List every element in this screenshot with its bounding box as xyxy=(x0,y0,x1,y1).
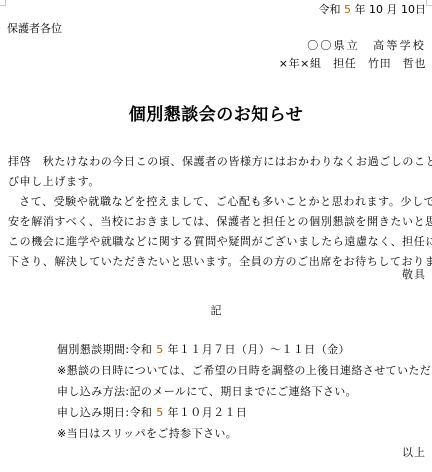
date-year: 5 xyxy=(344,3,351,16)
detail-deadline: 申し込み期日:令和 5 年１０月２１日 xyxy=(57,402,432,423)
document-title: 個別懇談会のお知らせ xyxy=(0,104,432,126)
detail-note-slippers: ※当日はスリッパをご持参下さい。 xyxy=(57,423,432,444)
period-year: 5 xyxy=(156,343,163,356)
sender-teacher: ×年×組 担任 竹田 哲也 xyxy=(279,57,426,71)
detail-period: 個別懇談期間:令和 5 年１１月７日（月）～１１日（金） xyxy=(57,339,432,360)
date-day: 10 xyxy=(401,3,415,16)
date-era: 令和 xyxy=(319,3,345,16)
addressee: 保護者各位 xyxy=(7,22,62,36)
date-day-suffix: 日 xyxy=(415,3,426,16)
end-ijou: 以上 xyxy=(402,446,426,460)
date-month: 10 xyxy=(369,3,383,16)
sender-school: 〇〇県立 高等学校 xyxy=(307,39,426,53)
period-label: 個別懇談期間:令和 xyxy=(57,343,156,356)
page-margin-corner-top-right xyxy=(426,0,432,6)
closing-keigu: 敬具 xyxy=(402,268,426,282)
deadline-label: 申し込み期日:令和 xyxy=(57,406,156,419)
date-month-suffix: 月 xyxy=(383,3,401,16)
date-year-suffix: 年 xyxy=(351,3,369,16)
letter-body: 拝啓 秋たけなわの今日この頃、保護者の皆様方にはおかわりなくお過ごしのこととお喜… xyxy=(8,150,428,273)
detail-note-schedule: ※懇談の日時については、ご希望の日時を調整の上後日連絡させていただきます。 xyxy=(57,360,432,381)
body-line: 下さり、解決していただきたいと思います。全員の方のご出席をお待ちしております。 xyxy=(8,250,428,273)
ki-heading: 記 xyxy=(0,304,432,318)
detail-method: 申し込み方法:記のメールにて、期日までにご連絡下さい。 xyxy=(57,381,432,402)
deadline-year: 5 xyxy=(156,406,163,419)
period-dates: 年１１月７日（月）～１１日（金） xyxy=(164,343,350,356)
details-list: 個別懇談期間:令和 5 年１１月７日（月）～１１日（金） ※懇談の日時については… xyxy=(57,339,432,444)
deadline-date: 年１０月２１日 xyxy=(164,406,248,419)
document-date: 令和 5 年 10 月 10日 xyxy=(319,3,427,17)
page-margin-corner-top-left xyxy=(0,0,6,6)
